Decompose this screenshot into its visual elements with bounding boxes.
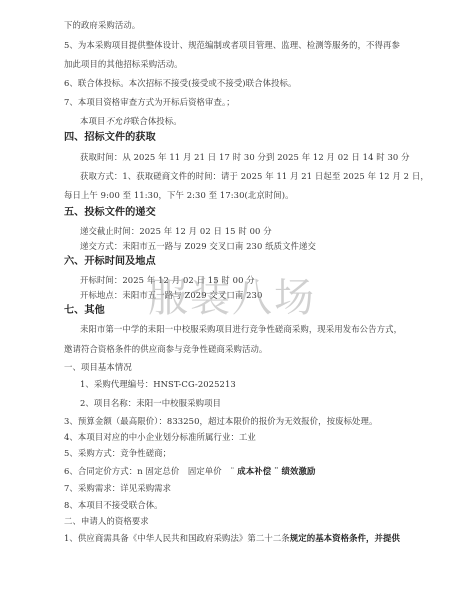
other-paragraph-line-2: 邀请符合资格条件的供应商参与竞争性磋商采购活动。 (64, 344, 267, 355)
submission-method: 递交方式：耒阳市五一路与 Z029 交叉口南 230 纸质文件递交 (80, 241, 316, 252)
industry-standard: 4、本项目对应的中小企业划分标准所属行业：工业 (64, 432, 256, 443)
document-page: 下的政府采购活动。 5、为本采购项目提供整体设计、规范编制或者项目管理、监理、检… (0, 0, 450, 600)
no-consortium: 8、本项目不接受联合体。 (64, 500, 163, 511)
procurement-requirements: 7、采购需求：详见采购需求 (64, 483, 171, 494)
acquire-method-line-1: 获取方式：1、获取磋商文件的时间：请于 2025 年 11 月 21 日起至 2… (80, 171, 429, 182)
qualification-heading: 二、申请人的资格要求 (64, 516, 149, 527)
acquire-time: 获取时间：从 2025 年 11 月 21 日 17 时 30 分到 2025 … (80, 152, 410, 163)
basic-info-heading: 一、项目基本情况 (64, 362, 132, 373)
text-segment: 本项目 (80, 116, 105, 126)
text-segment-bold: 成本补偿 ¨ 绩效激励 (237, 466, 315, 476)
project-name: 2、项目名称：耒阳一中校服采购项目 (80, 398, 221, 409)
text-line: 5、为本采购项目提供整体设计、规范编制或者项目管理、监理、检测等服务的，不得再参 (64, 40, 400, 51)
section-heading-6: 六、开标时间及地点 (64, 255, 156, 268)
text-line: 6、联合体投标。本次招标不接受(接受或不接受)联合体投标。 (64, 78, 297, 89)
text-segment: 联合体投标。 (131, 116, 182, 126)
section-heading-5: 五、投标文件的递交 (64, 206, 156, 219)
text-line: 7、本项目资格审查方式为开标后资格审查。； (64, 97, 235, 108)
qualification-item-1: 1、供应商需具备《中华人民共和国政府采购法》第二十二条规定的基本资格条件，并提供 (64, 533, 400, 544)
text-segment-bold: 规定的基本资格条件，并提供 (290, 533, 400, 543)
contract-pricing-method: 6、合同定价方式：n 固定总价 固定单价 ¨ 成本补偿 ¨ 绩效激励 (64, 466, 315, 477)
procurement-agent-number: 1、采购代理编号：HNST-CG-2025213 (80, 379, 236, 390)
acquire-method-line-2: 每日上午 9:00 至 11:30，下午 2:30 至 17:30(北京时间)。 (64, 190, 294, 201)
text-line: 下的政府采购活动。 (64, 20, 140, 31)
procurement-method: 5、采购方式：竞争性磋商； (64, 448, 171, 459)
text-segment: 6、合同定价方式：n 固定总价 固定单价 ¨ (64, 466, 235, 476)
section-heading-4: 四、招标文件的获取 (64, 131, 156, 144)
text-segment: 1、供应商需具备《中华人民共和国政府采购法》第二十二条 (64, 533, 290, 543)
opening-place: 开标地点：耒阳市五一路与 Z029 交叉口南 230 (80, 290, 262, 301)
text-line: 加此项目的其他招标采购活动。 (64, 59, 183, 70)
submission-deadline: 递交截止时间：2025 年 12 月 02 日 15 时 00 分 (80, 226, 272, 237)
other-paragraph-line-1: 耒阳市第一中学的耒阳一中校服采购项目进行竞争性磋商采购，现采用发布公告方式， (80, 324, 402, 335)
text-line: 本项目不允许联合体投标。 (80, 116, 182, 127)
opening-time: 开标时间：2025 年 12 月 02 日 15 时 00 分 (80, 275, 255, 286)
budget-amount: 3、预算金额（最高限价）：833250，超过本限价的报价为无效报价，按废标处理。 (64, 416, 377, 427)
section-heading-7: 七、其他 (64, 304, 105, 317)
text-segment-italic: 不允许 (105, 116, 130, 126)
